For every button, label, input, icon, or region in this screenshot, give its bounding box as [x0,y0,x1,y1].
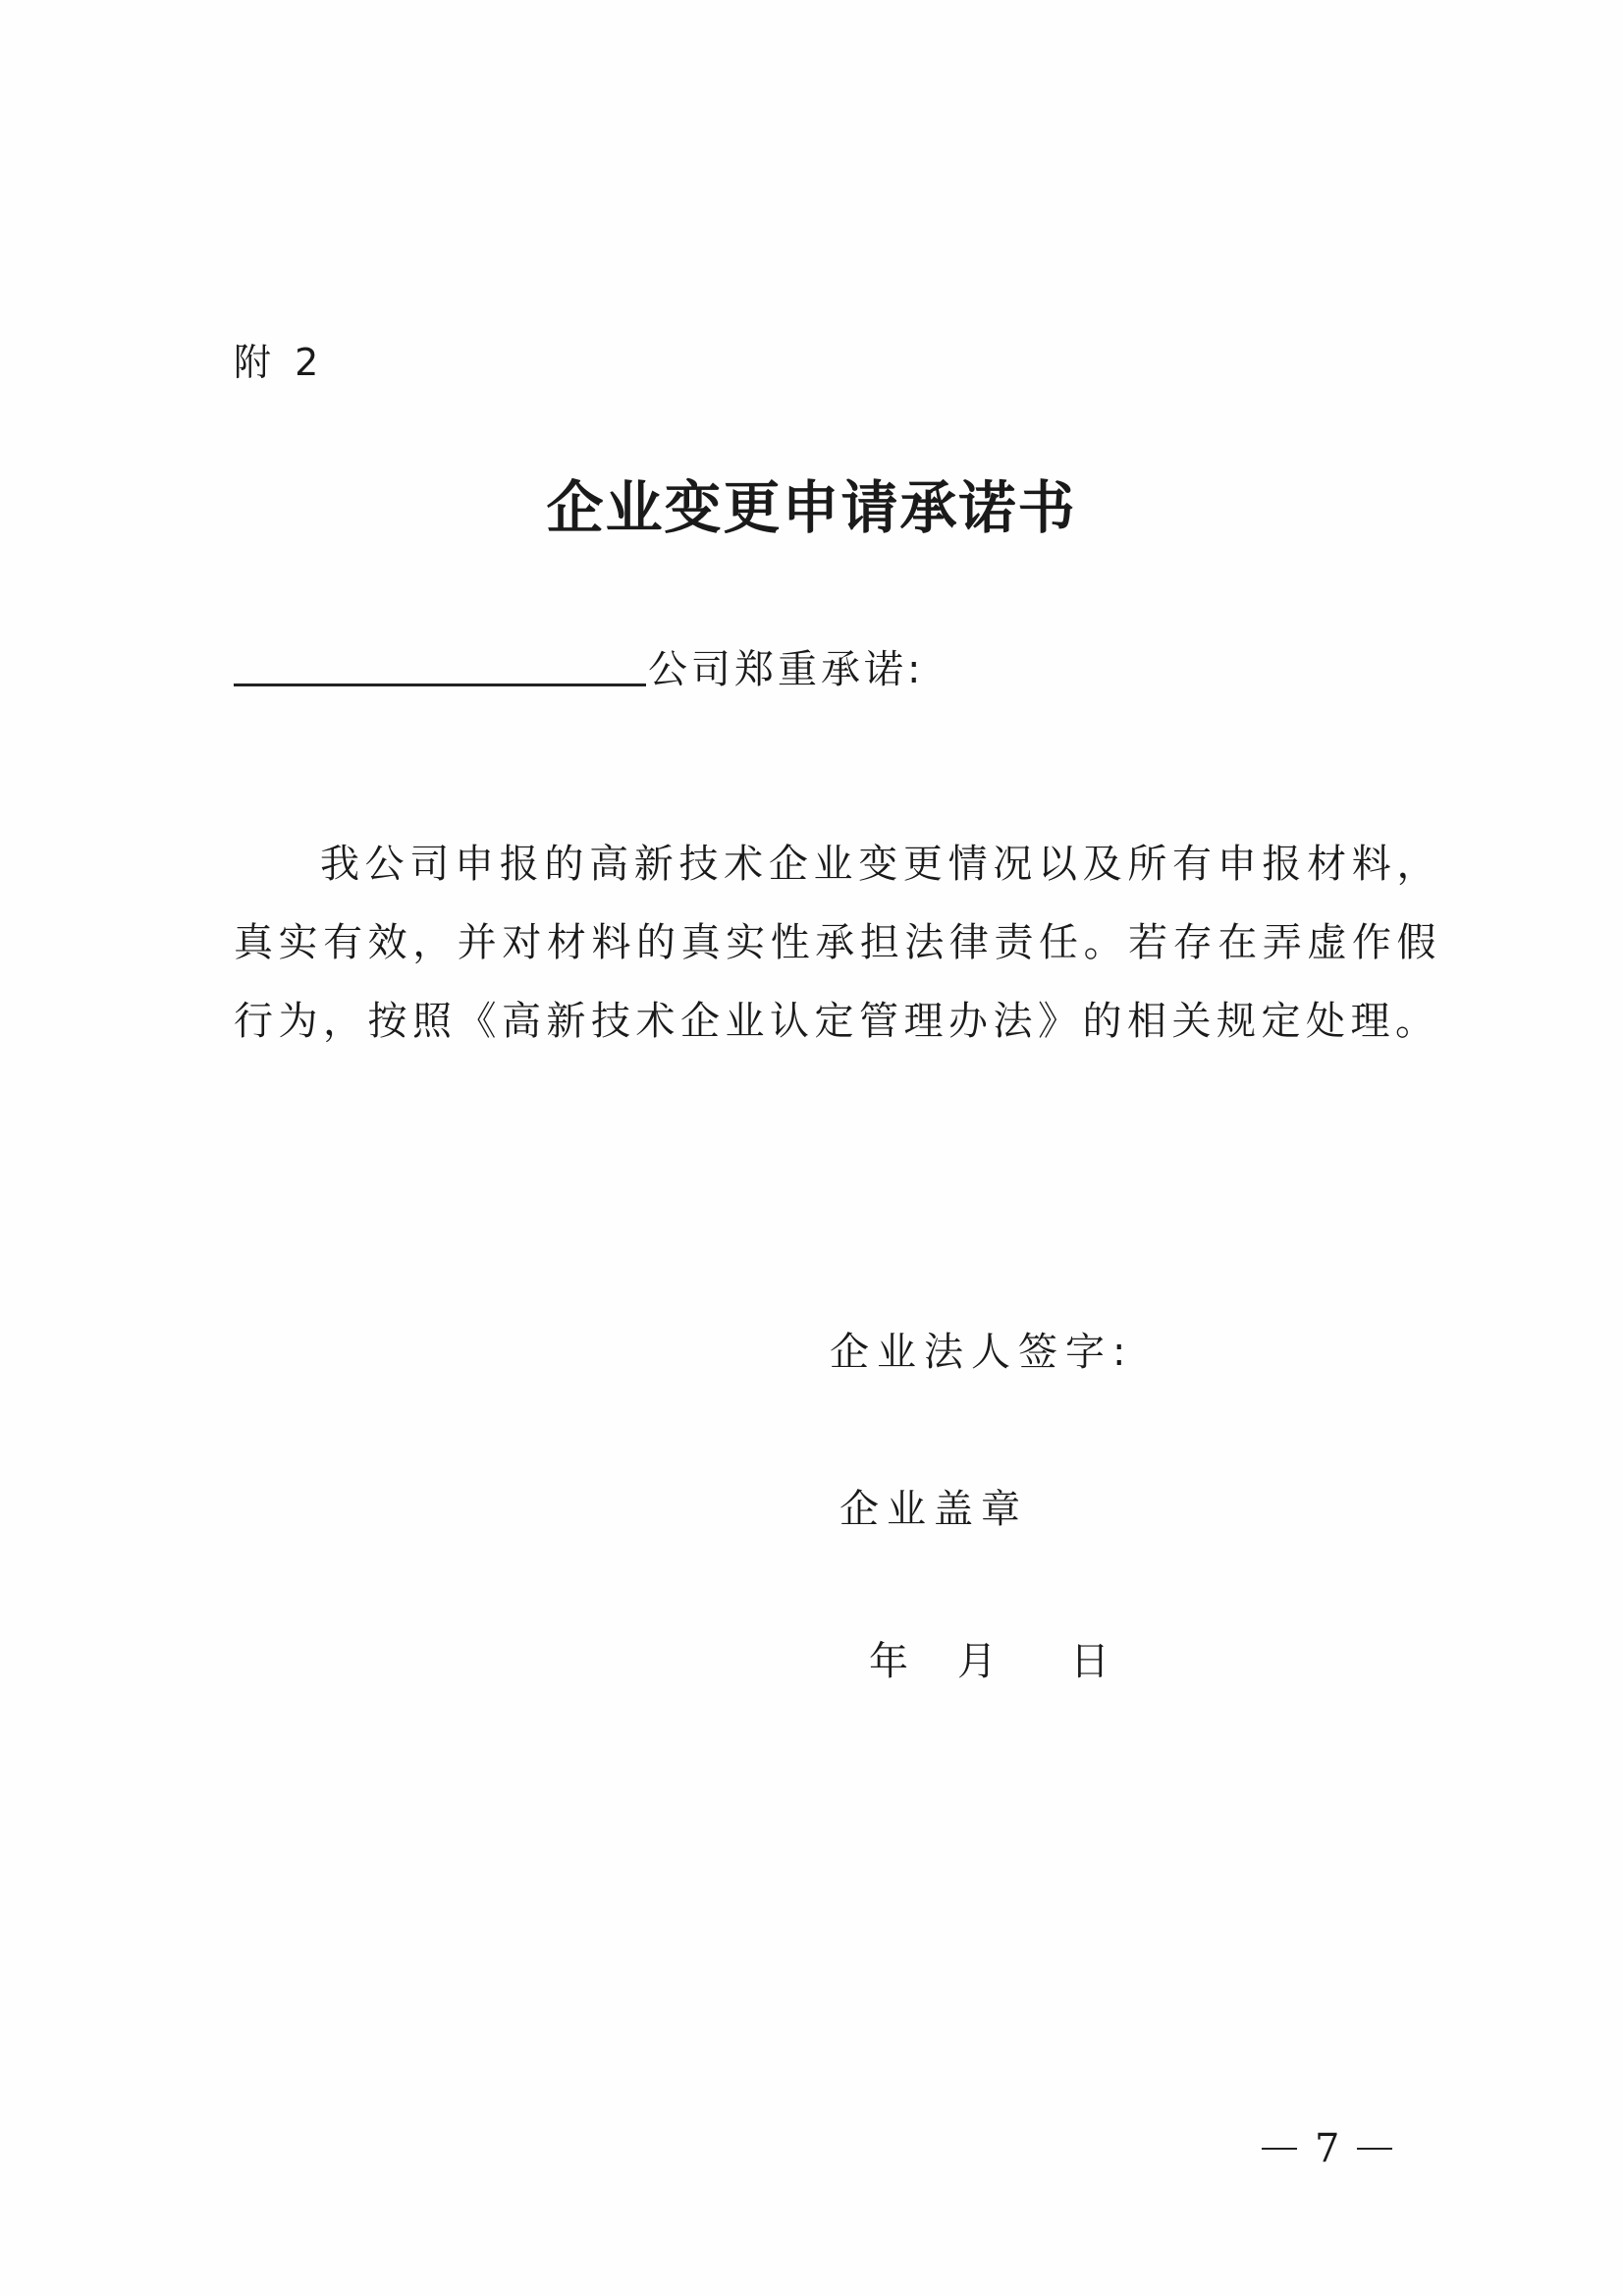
company-seal-label: 企业盖章 [839,1478,1028,1534]
date-month-label: 月 [957,1630,1070,1686]
page-number-dash-left [1262,2148,1297,2150]
company-name-blank [234,683,646,686]
date-year-label: 年 [869,1630,957,1686]
pledge-line: 公司郑重承诺: [234,638,924,694]
legal-person-signature-label: 企业法人签字: [830,1321,1133,1377]
page-number-value: 7 [1315,2126,1339,2171]
date-line: 年 月 日 [869,1630,1109,1686]
commitment-paragraph: 我公司申报的高新技术企业变更情况以及所有申报材料，真实有效，并对材料的真实性承担… [234,825,1441,1061]
date-day-label: 日 [1070,1630,1109,1686]
page-number: 7 [1262,2126,1392,2171]
document-page: 附 2 企业变更申请承诺书 公司郑重承诺: 我公司申报的高新技术企业变更情况以及… [0,0,1623,2296]
attachment-label: 附 2 [234,332,324,386]
pledge-text: 公司郑重承诺: [648,638,924,694]
page-number-dash-right [1357,2148,1392,2150]
document-title: 企业变更申请承诺书 [0,462,1623,544]
